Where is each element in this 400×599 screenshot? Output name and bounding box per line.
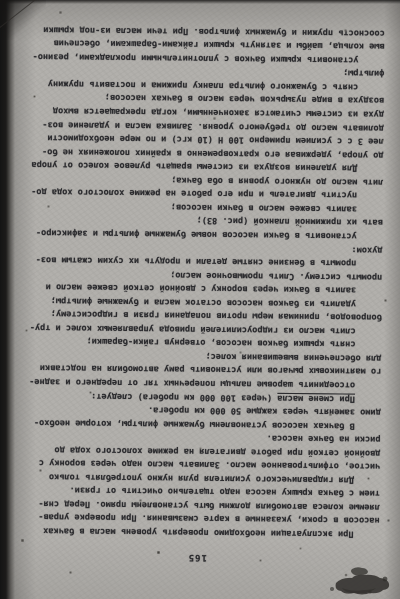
text-block: При эксплуатации необходимо проверять ур… [28,21,385,539]
scanner-edge-top [0,0,400,4]
paper-specks [0,0,1,1]
ink-smudge [322,561,394,597]
rotated-page-content: 165 При эксплуатации необходимо проверят… [0,0,400,599]
scanned-page: 165 При эксплуатации необходимо проверят… [0,0,400,599]
scanner-edge-left [0,0,15,599]
underlined-text: При смене масла [277,392,355,403]
